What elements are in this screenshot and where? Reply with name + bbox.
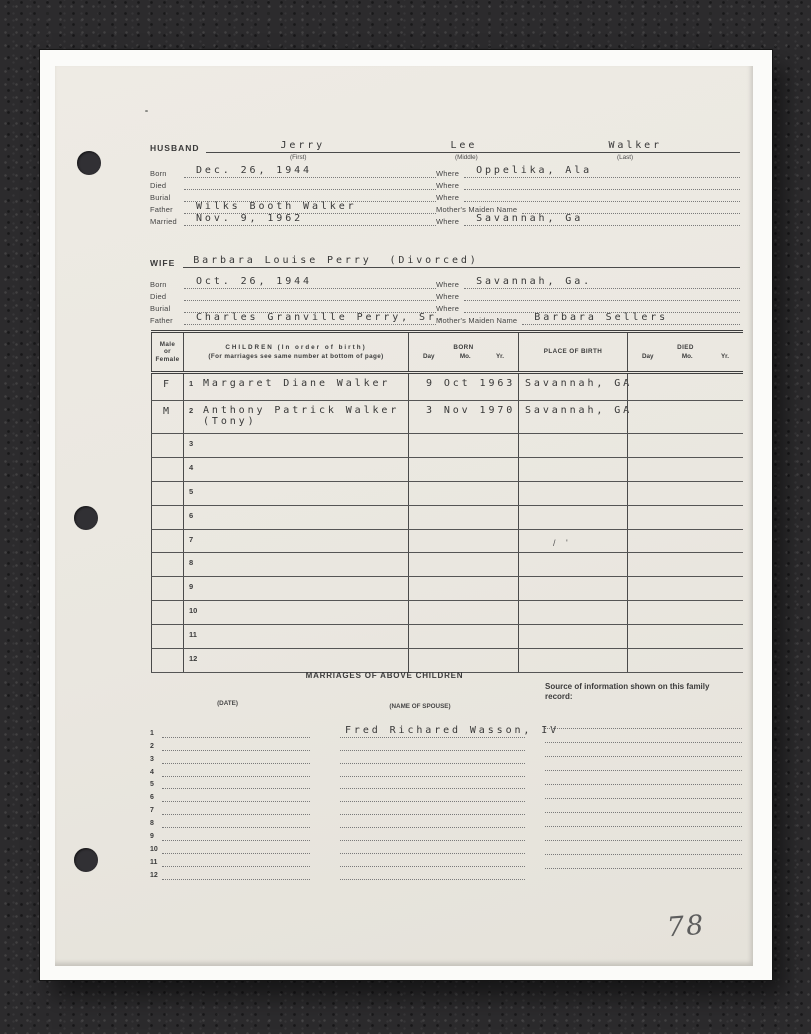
died-day-mo-yr: Day Mo. Yr.	[628, 351, 743, 360]
marriage-row: 1 Fred Richared Wasson, IV	[150, 725, 530, 738]
marriage-row: 5	[150, 777, 530, 790]
marriage-spouse-rule	[340, 867, 525, 880]
child-row-number: 4	[189, 458, 203, 481]
marriage-row-number: 7	[150, 807, 162, 815]
child-died-date	[627, 530, 743, 553]
marriage-spouse-rule	[340, 841, 525, 854]
child-row-number: 1	[189, 374, 203, 400]
hole-punch-top	[77, 151, 101, 175]
died-column-header: DIED Day Mo. Yr.	[627, 333, 743, 371]
source-lines	[545, 715, 742, 869]
child-place-of-birth	[518, 649, 627, 672]
child-born-date: 3 Nov 1970	[408, 401, 518, 433]
marriages-title: MARRIAGES OF ABOVE CHILDREN	[277, 671, 492, 680]
husband-section-label: HUSBAND	[150, 143, 206, 153]
marriage-row: 7	[150, 802, 530, 815]
where-value: Barbara Sellers	[534, 312, 668, 323]
field-label: Born	[150, 280, 184, 289]
children-table-row: 5	[151, 482, 743, 506]
marriage-row-number: 1	[150, 730, 162, 738]
where-value: Savannah, Ga	[476, 213, 583, 224]
marriage-row-number: 4	[150, 769, 162, 777]
children-table-row: 3	[151, 434, 743, 458]
child-place-of-birth	[518, 458, 627, 481]
children-table-row: 11	[151, 625, 743, 649]
marriage-spouse-rule	[340, 776, 525, 789]
where-value: Oppelika, Ala	[476, 165, 592, 176]
husband-details: Born Dec. 26, 1944 Where Oppelika, Ala D…	[150, 166, 740, 226]
husband-detail-row: Married Nov. 9, 1962 Where Savannah, Ga	[150, 214, 740, 226]
child-died-date	[627, 577, 743, 600]
family-record-sheet: HUSBAND Jerry Lee Walker (First) (Middle…	[55, 66, 753, 966]
wife-details: Born Oct. 26, 1944 Where Savannah, Ga. D…	[150, 277, 740, 325]
marriage-row: 2	[150, 738, 530, 751]
last-sublabel: (Last)	[617, 154, 633, 161]
children-table-row: 6	[151, 506, 743, 530]
child-born-date	[408, 577, 518, 600]
child-sex	[151, 553, 183, 576]
field-label: Burial	[150, 193, 184, 202]
husband-last-name: Walker	[609, 140, 663, 151]
child-row-number: 5	[189, 482, 203, 505]
child-born-date	[408, 506, 518, 529]
marriage-date-rule	[162, 776, 310, 789]
handwritten-page-number: 78	[666, 910, 706, 944]
field-label: Died	[150, 292, 184, 301]
hole-punch-bottom	[74, 848, 98, 872]
marriage-row-number: 2	[150, 743, 162, 751]
child-place-of-birth: Savannah, GA	[518, 401, 627, 433]
child-sex	[151, 601, 183, 624]
middle-sublabel: (Middle)	[455, 154, 478, 161]
first-sublabel: (First)	[290, 154, 306, 161]
marriage-row: 9	[150, 828, 530, 841]
child-sex: M	[151, 401, 183, 433]
child-name-cell: 4	[183, 458, 408, 481]
where-label: Where	[436, 217, 461, 226]
children-column-header: CHILDREN (In order of birth) (For marria…	[183, 333, 408, 371]
marriage-row-number: 12	[150, 872, 162, 880]
marriage-spouse-rule	[340, 751, 525, 764]
where-label: Where	[436, 292, 461, 301]
wife-name: Barbara Louise Perry (Divorced)	[193, 255, 478, 266]
sex-column-header: Male or Female	[151, 333, 183, 371]
child-died-date	[627, 506, 743, 529]
marriage-row: 10	[150, 841, 530, 854]
child-name-cell: 3	[183, 434, 408, 457]
marriage-date-rule	[162, 738, 310, 751]
marriage-spouse-rule	[340, 815, 525, 828]
child-sex	[151, 434, 183, 457]
where-label: Where	[436, 280, 461, 289]
field-value: Dec. 26, 1944	[196, 165, 312, 176]
husband-first-name: Jerry	[281, 140, 326, 151]
marriage-spouse-rule: Fred Richared Wasson, IV	[340, 725, 525, 738]
husband-name-rule: Jerry Lee Walker	[206, 141, 741, 153]
child-died-date	[627, 649, 743, 672]
child-sex	[151, 458, 183, 481]
child-row-number: 3	[189, 434, 203, 457]
marriage-date-rule	[162, 815, 310, 828]
child-born-date	[408, 482, 518, 505]
field-rule: Charles Granville Perry, Sr.	[184, 312, 436, 325]
field-value: Wilks Booth Walker	[196, 201, 357, 212]
child-place-of-birth	[518, 506, 627, 529]
field-value: Charles Granville Perry, Sr.	[196, 312, 446, 323]
child-born-date	[408, 458, 518, 481]
child-died-date	[627, 482, 743, 505]
children-table-row: M 2 Anthony Patrick Walker (Tony) 3 Nov …	[151, 401, 743, 434]
source-of-information-label: Source of information shown on this fami…	[545, 682, 745, 702]
husband-name-sublabels: (First) (Middle) (Last)	[150, 154, 740, 163]
child-name-cell: 11	[183, 625, 408, 648]
child-row-number: 7	[189, 530, 203, 553]
child-row-number: 8	[189, 553, 203, 576]
marriage-spouse-rule	[340, 789, 525, 802]
marriage-row: 11	[150, 854, 530, 867]
children-table-row: 8	[151, 553, 743, 577]
child-name: Margaret Diane Walker	[203, 374, 390, 400]
spouse-column-label: (NAME OF SPOUSE)	[355, 703, 485, 710]
field-value: Nov. 9, 1962	[196, 213, 303, 224]
marriage-date-rule	[162, 789, 310, 802]
children-table-header: Male or Female CHILDREN (In order of bir…	[151, 330, 743, 374]
child-sex	[151, 482, 183, 505]
child-row-number: 10	[189, 601, 203, 624]
children-table-row: 7	[151, 530, 743, 554]
marriage-date-rule	[162, 725, 310, 738]
child-name-cell: 2 Anthony Patrick Walker (Tony)	[183, 401, 408, 433]
field-value: Oct. 26, 1944	[196, 276, 312, 287]
child-row-number: 6	[189, 506, 203, 529]
field-label: Father	[150, 316, 184, 325]
child-born-date	[408, 530, 518, 553]
marriage-row: 4	[150, 764, 530, 777]
children-table-row: 9	[151, 577, 743, 601]
field-label: Died	[150, 181, 184, 190]
marriage-row-number: 3	[150, 756, 162, 764]
where-label: Where	[436, 193, 461, 202]
marriage-row-number: 6	[150, 794, 162, 802]
marriage-row-number: 11	[150, 859, 162, 867]
where-label: Where	[436, 181, 461, 190]
date-column-label: (DATE)	[185, 700, 270, 707]
child-name-cell: 9	[183, 577, 408, 600]
wife-name-line: WIFE Barbara Louise Perry (Divorced)	[150, 256, 740, 268]
child-born-date	[408, 649, 518, 672]
child-name-cell: 1 Margaret Diane Walker	[183, 374, 408, 400]
wife-detail-row: Father Charles Granville Perry, Sr. Moth…	[150, 313, 740, 325]
marriage-row-number: 5	[150, 781, 162, 789]
children-table-row: 4	[151, 458, 743, 482]
child-died-date	[627, 553, 743, 576]
child-row-number: 12	[189, 649, 203, 672]
hole-punch-middle	[74, 506, 98, 530]
child-name-cell: 12	[183, 649, 408, 672]
field-label: Born	[150, 169, 184, 178]
wife-section-label: WIFE	[150, 258, 183, 268]
children-table-row: 12	[151, 649, 743, 673]
field-label: Married	[150, 217, 184, 226]
child-place-of-birth	[518, 577, 627, 600]
child-died-date	[627, 625, 743, 648]
stray-pen-mark: / '	[553, 538, 572, 548]
field-label: Burial	[150, 304, 184, 313]
marriage-date-rule	[162, 841, 310, 854]
child-born-date	[408, 434, 518, 457]
marriage-date-rule	[162, 854, 310, 867]
wife-name-rule: Barbara Louise Perry (Divorced)	[183, 255, 740, 268]
marriage-spouse-rule	[340, 738, 525, 751]
place-of-birth-column-header: PLACE OF BIRTH	[518, 333, 627, 371]
marriage-row: 6	[150, 789, 530, 802]
child-place-of-birth	[518, 553, 627, 576]
child-died-date	[627, 434, 743, 457]
child-place-of-birth	[518, 482, 627, 505]
child-place-of-birth	[518, 434, 627, 457]
husband-middle-name: Lee	[451, 140, 478, 151]
where-label: Mother's Maiden Name	[436, 316, 519, 325]
marriage-spouse-rule	[340, 802, 525, 815]
child-sex	[151, 625, 183, 648]
child-died-date	[627, 374, 743, 400]
child-born-date	[408, 553, 518, 576]
child-place-of-birth	[518, 530, 627, 553]
scan-speck	[145, 110, 148, 112]
where-label: Where	[436, 169, 461, 178]
child-sex	[151, 649, 183, 672]
child-sex	[151, 577, 183, 600]
husband-name-line: HUSBAND Jerry Lee Walker	[150, 142, 740, 153]
marriage-spouse-rule	[340, 828, 525, 841]
scanned-page-frame: HUSBAND Jerry Lee Walker (First) (Middle…	[40, 50, 772, 980]
child-name-cell: 7	[183, 530, 408, 553]
where-rule: Savannah, Ga	[464, 213, 740, 226]
marriage-row-number: 10	[150, 846, 162, 854]
born-day-mo-yr: Day Mo. Yr.	[409, 351, 518, 360]
where-rule: Barbara Sellers	[522, 312, 740, 325]
child-row-number: 9	[189, 577, 203, 600]
child-place-of-birth: Savannah, GA	[518, 374, 627, 400]
scanner-background: { "scan": { "page_number": "78", "stray_…	[0, 0, 811, 1034]
child-born-date	[408, 625, 518, 648]
children-table-body: F 1 Margaret Diane Walker 9 Oct 1963 Sav…	[151, 374, 743, 673]
marriage-date-rule	[162, 751, 310, 764]
child-place-of-birth	[518, 601, 627, 624]
spouse-name: Fred Richared Wasson, IV	[345, 725, 559, 736]
child-name-cell: 10	[183, 601, 408, 624]
marriage-row: 8	[150, 815, 530, 828]
child-name-cell: 8	[183, 553, 408, 576]
child-row-number: 2	[189, 401, 203, 433]
child-place-of-birth	[518, 625, 627, 648]
child-name: Anthony Patrick Walker (Tony)	[203, 401, 399, 433]
child-sex	[151, 530, 183, 553]
marriage-date-rule	[162, 764, 310, 777]
child-died-date	[627, 458, 743, 481]
child-name-cell: 5	[183, 482, 408, 505]
marriage-date-rule	[162, 867, 310, 880]
marriage-row: 3	[150, 751, 530, 764]
child-sex: F	[151, 374, 183, 400]
marriage-row-number: 9	[150, 833, 162, 841]
field-rule: Nov. 9, 1962	[184, 213, 436, 226]
marriage-spouse-rule	[340, 764, 525, 777]
marriage-rows: 1 Fred Richared Wasson, IV 2 3	[150, 725, 530, 880]
children-table-row: F 1 Margaret Diane Walker 9 Oct 1963 Sav…	[151, 374, 743, 401]
child-row-number: 11	[189, 625, 203, 648]
child-died-date	[627, 401, 743, 433]
marriage-date-rule	[162, 828, 310, 841]
child-name-cell: 6	[183, 506, 408, 529]
field-label: Father	[150, 205, 184, 214]
where-value: Savannah, Ga.	[476, 276, 592, 287]
marriage-spouse-rule	[340, 854, 525, 867]
children-table: Male or Female CHILDREN (In order of bir…	[151, 330, 743, 673]
child-born-date	[408, 601, 518, 624]
child-sex	[151, 506, 183, 529]
child-born-date: 9 Oct 1963	[408, 374, 518, 400]
marriage-row-number: 8	[150, 820, 162, 828]
born-column-header: BORN Day Mo. Yr.	[408, 333, 518, 371]
child-died-date	[627, 601, 743, 624]
marriage-date-rule	[162, 802, 310, 815]
marriage-row: 12	[150, 867, 530, 880]
children-table-row: 10	[151, 601, 743, 625]
